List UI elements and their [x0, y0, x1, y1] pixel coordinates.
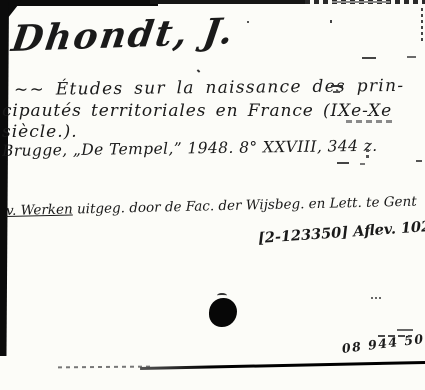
scan-noise-dots [371, 297, 381, 299]
scan-noise-dash [416, 160, 422, 162]
hole-punch [209, 298, 237, 327]
scan-noise-dashed-line [378, 335, 412, 337]
scan-noise-dot [330, 20, 332, 23]
card-bottom-edge [140, 361, 425, 370]
scan-top-edge [0, 0, 158, 6]
scan-noise-dots [421, 8, 423, 42]
scan-noise-dots [366, 149, 369, 152]
series-note: v. Werken uitgeg. door de Fac. der Wijsb… [6, 194, 417, 219]
series-note-underlined: v. Werken [6, 201, 73, 219]
scan-noise-tick [197, 69, 201, 72]
scan-noise-dash [360, 163, 365, 165]
title-line-2: cipautés territoriales en France (IXe-Xe [2, 101, 392, 121]
scan-top-edge-gray [332, 1, 390, 3]
card-bottom-edge-dotted [58, 366, 150, 369]
catalog-card-scan: Dhondt, J. ~~ Études sur la naissance de… [0, 0, 425, 390]
call-number: [2-123350] Aflev. 102. [257, 218, 425, 247]
imprint-line: Brugge, „De Tempel,” 1948. 8° XXVIII, 34… [2, 137, 378, 160]
scan-noise-dash [331, 85, 343, 87]
scan-noise-dash [337, 162, 349, 164]
title-line-3: siècle.). [2, 122, 78, 142]
scan-noise-dashed-line [346, 120, 392, 123]
scan-noise-dot [247, 21, 249, 23]
scan-noise-dash [362, 57, 376, 59]
scan-top-edge [150, 0, 310, 4]
title-line-1: ~~ Études sur la naissance des prin- [14, 76, 405, 100]
series-note-rest: uitgeg. door de Fac. der Wijsbeg. en Let… [73, 194, 417, 218]
scan-noise-dash [397, 329, 413, 331]
scan-noise-dash [333, 91, 340, 93]
author-heading: Dhondt, J. [9, 10, 237, 60]
scan-left-edge [0, 0, 9, 356]
scan-noise-dash [407, 56, 416, 58]
